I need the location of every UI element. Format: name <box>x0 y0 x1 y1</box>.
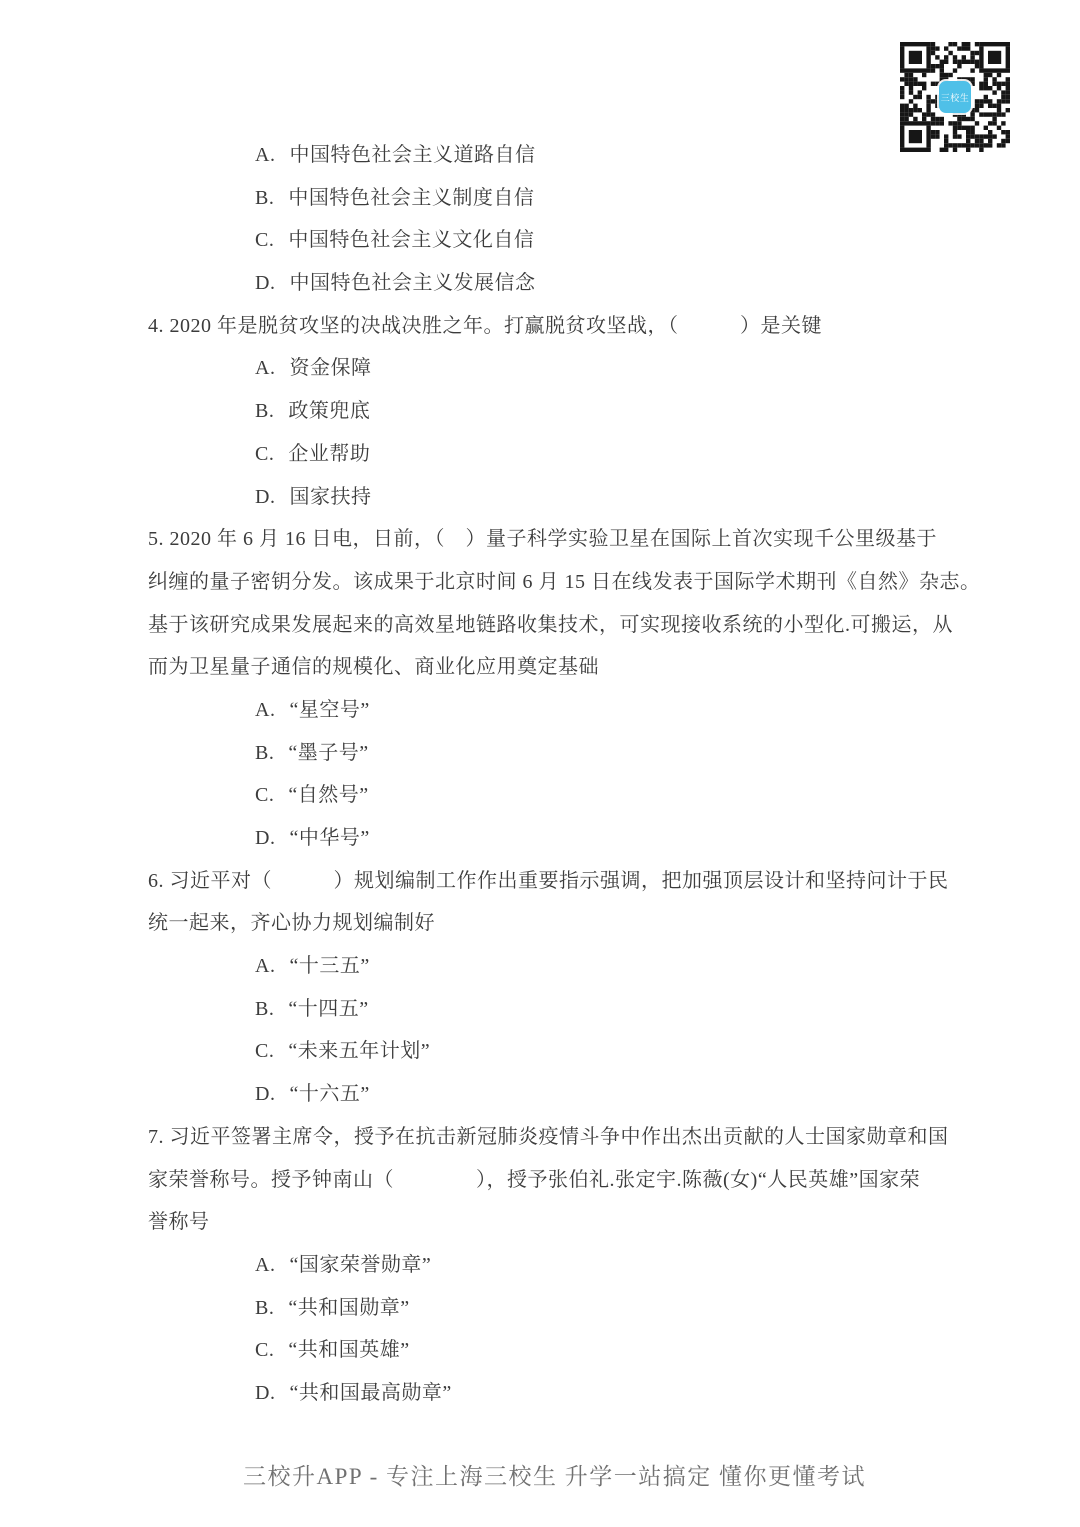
option-label: B. <box>255 1297 274 1319</box>
option-row: A.“十三五” <box>148 945 938 988</box>
option-label: D. <box>255 1083 275 1105</box>
option-row: B.政策兜底 <box>148 390 938 433</box>
option-text: 政策兜底 <box>288 400 370 422</box>
option-text: 企业帮助 <box>288 443 370 465</box>
question-stem-line: 5. 2020 年 6 月 16 日电，日前，（ ）量子科学实验卫星在国际上首次… <box>148 518 938 561</box>
option-label: C. <box>255 1339 274 1361</box>
question-5: 5. 2020 年 6 月 16 日电，日前，（ ）量子科学实验卫星在国际上首次… <box>148 518 938 860</box>
option-label: B. <box>255 742 274 764</box>
question-stem-line: 6. 习近平对（ ）规划编制工作作出重要指示强调，把加强顶层设计和坚持问计于民 <box>148 860 938 903</box>
qr-logo-label: 三校生 <box>941 91 970 104</box>
option-row: A.“星空号” <box>148 689 938 732</box>
option-text: “自然号” <box>288 784 368 806</box>
option-text: 中国特色社会主义发展信念 <box>289 272 535 294</box>
option-row: D.中国特色社会主义发展信念 <box>148 262 938 305</box>
question-stem-line: 誉称号 <box>148 1201 938 1244</box>
question-3: A.中国特色社会主义道路自信 B.中国特色社会主义制度自信 C.中国特色社会主义… <box>148 134 938 305</box>
question-stem-line: 基于该研究成果发展起来的高效星地链路收集技术，可实现接收系统的小型化.可搬运，从 <box>148 604 938 647</box>
option-text: “中华号” <box>289 827 369 849</box>
option-label: C. <box>255 443 274 465</box>
option-row: D.“十六五” <box>148 1073 938 1116</box>
option-row: D.国家扶持 <box>148 476 938 519</box>
option-row: D.“中华号” <box>148 817 938 860</box>
option-label: A. <box>255 357 275 379</box>
option-label: C. <box>255 1040 274 1062</box>
option-label: A. <box>255 1254 275 1276</box>
option-text: 中国特色社会主义道路自信 <box>289 144 535 166</box>
option-row: C.中国特色社会主义文化自信 <box>148 219 938 262</box>
option-row: C.“共和国英雄” <box>148 1329 938 1372</box>
option-text: “共和国勋章” <box>288 1297 409 1319</box>
question-stem-line: 7. 习近平签署主席令，授予在抗击新冠肺炎疫情斗争中作出杰出贡献的人士国家勋章和… <box>148 1116 938 1159</box>
question-stem-line: 统一起来，齐心协力规划编制好 <box>148 902 938 945</box>
option-row: A.资金保障 <box>148 347 938 390</box>
option-text: “共和国最高勋章” <box>289 1382 451 1404</box>
option-row: D.“共和国最高勋章” <box>148 1372 938 1415</box>
question-6: 6. 习近平对（ ）规划编制工作作出重要指示强调，把加强顶层设计和坚持问计于民 … <box>148 860 938 1116</box>
option-text: “未来五年计划” <box>288 1040 430 1062</box>
question-4: 4. 2020 年是脱贫攻坚的决战决胜之年。打赢脱贫攻坚战，（ ）是关键 A.资… <box>148 305 938 518</box>
option-text: “十六五” <box>289 1083 369 1105</box>
option-row: B.“共和国勋章” <box>148 1287 938 1330</box>
option-label: B. <box>255 400 274 422</box>
option-text: 中国特色社会主义文化自信 <box>288 229 534 251</box>
option-row: C.“未来五年计划” <box>148 1030 938 1073</box>
option-label: C. <box>255 229 274 251</box>
qr-center-logo: 三校生 <box>939 81 971 113</box>
option-text: “星空号” <box>289 699 369 721</box>
option-label: A. <box>255 955 275 977</box>
option-text: 资金保障 <box>289 357 371 379</box>
option-label: B. <box>255 187 274 209</box>
option-row: C.企业帮助 <box>148 433 938 476</box>
option-label: A. <box>255 699 275 721</box>
exam-page-body: A.中国特色社会主义道路自信 B.中国特色社会主义制度自信 C.中国特色社会主义… <box>148 134 938 1415</box>
option-label: B. <box>255 998 274 1020</box>
option-label: D. <box>255 1382 275 1404</box>
option-label: D. <box>255 827 275 849</box>
option-label: A. <box>255 144 275 166</box>
question-stem-line: 纠缠的量子密钥分发。该成果于北京时间 6 月 15 日在线发表于国际学术期刊《自… <box>148 561 938 604</box>
option-label: D. <box>255 486 275 508</box>
option-row: B.中国特色社会主义制度自信 <box>148 177 938 220</box>
option-row: B.“墨子号” <box>148 732 938 775</box>
option-row: A.中国特色社会主义道路自信 <box>148 134 938 177</box>
option-text: “共和国英雄” <box>288 1339 409 1361</box>
option-text: 中国特色社会主义制度自信 <box>288 187 534 209</box>
question-stem-line: 4. 2020 年是脱贫攻坚的决战决胜之年。打赢脱贫攻坚战，（ ）是关键 <box>148 305 938 348</box>
question-stem-line: 而为卫星量子通信的规模化、商业化应用奠定基础 <box>148 646 938 689</box>
question-stem-line: 家荣誉称号。授予钟南山（ ），授予张伯礼.张定宇.陈薇(女)“人民英雄”国家荣 <box>148 1159 938 1202</box>
option-text: “国家荣誉勋章” <box>289 1254 431 1276</box>
question-7: 7. 习近平签署主席令，授予在抗击新冠肺炎疫情斗争中作出杰出贡献的人士国家勋章和… <box>148 1116 938 1415</box>
option-text: “十四五” <box>288 998 368 1020</box>
option-text: “十三五” <box>289 955 369 977</box>
option-label: C. <box>255 784 274 806</box>
option-row: A.“国家荣誉勋章” <box>148 1244 938 1287</box>
option-text: “墨子号” <box>288 742 368 764</box>
option-text: 国家扶持 <box>289 486 371 508</box>
footer-text: 三校升APP - 专注上海三校生 升学一站搞定 懂你更懂考试 <box>243 1459 866 1495</box>
option-label: D. <box>255 272 275 294</box>
option-row: C.“自然号” <box>148 774 938 817</box>
option-row: B.“十四五” <box>148 988 938 1031</box>
